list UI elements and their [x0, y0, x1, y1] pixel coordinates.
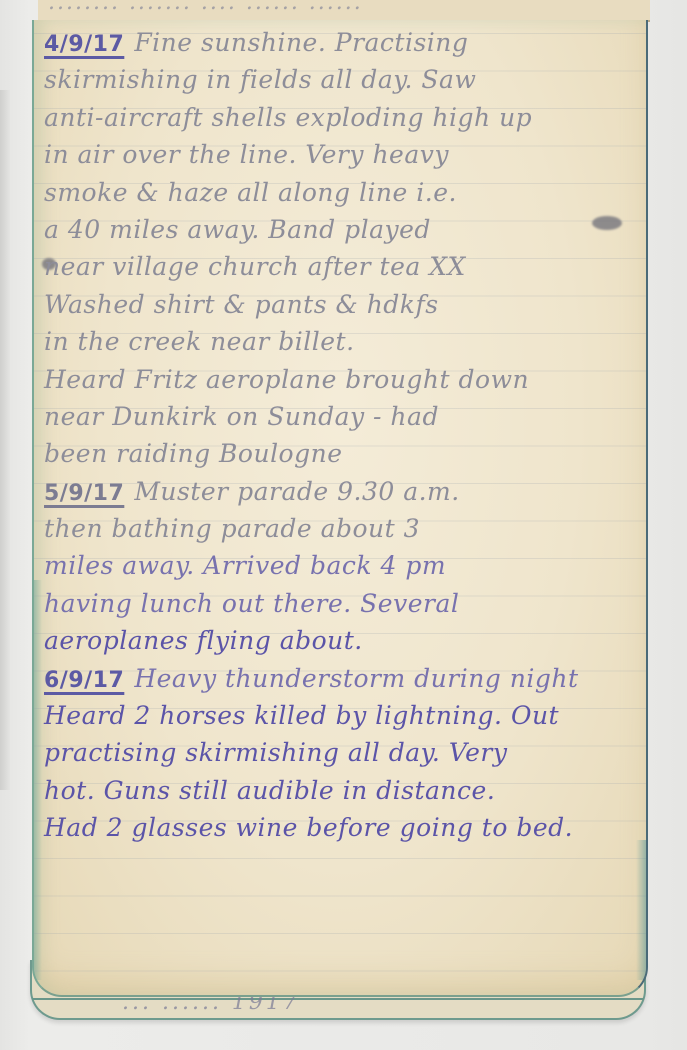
entry-1-line-2: skirmishing in fields all day. Saw: [44, 61, 640, 98]
entry-1-line-5: smoke & haze all along line i.e.: [44, 174, 640, 211]
entry-1-line-6: a 40 miles away. Band played: [44, 211, 640, 248]
entry-date-6-9-17: 6/9/17: [44, 668, 124, 693]
previous-page-edge: ........ ....... .... ...... ......: [38, 0, 650, 22]
entry-3-line-3: practising skirmishing all day. Very: [44, 734, 640, 771]
entry-1-line-1: 4/9/17Fine sunshine. Practising: [44, 24, 640, 61]
entry-date-4-9-17: 4/9/17: [44, 32, 124, 57]
entry-2-line-3: miles away. Arrived back 4 pm: [44, 547, 640, 584]
entry-3-line-4: hot. Guns still audible in distance.: [44, 772, 640, 809]
entry-1-line-7: near village church after tea XX: [44, 248, 640, 285]
previous-page-text: ........ ....... .... ...... ......: [48, 0, 363, 15]
entry-1-line-10: Heard Fritz aeroplane brought down: [44, 361, 640, 398]
entry-1-line-8: Washed shirt & pants & hdkfs: [44, 286, 640, 323]
entry-2-line-2: then bathing parade about 3: [44, 510, 640, 547]
entry-2-line-4: having lunch out there. Several: [44, 585, 640, 622]
diary-page: 4/9/17Fine sunshine. Practising skirmish…: [32, 20, 648, 997]
entry-1-line-4: in air over the line. Very heavy: [44, 136, 640, 173]
entry-1-line-12: been raiding Boulogne: [44, 435, 640, 472]
entry-3-line-2: Heard 2 horses killed by lightning. Out: [44, 697, 640, 734]
entry-3-line-5: Had 2 glasses wine before going to bed.: [44, 809, 640, 846]
entry-date-5-9-17: 5/9/17: [44, 481, 124, 506]
diary-text: 4/9/17Fine sunshine. Practising skirmish…: [44, 24, 640, 847]
photo-scene: ........ ....... .... ...... ...... ... …: [0, 0, 687, 1050]
entry-3-line-1: 6/9/17Heavy thunderstorm during night: [44, 660, 640, 697]
entry-1-line-3: anti-aircraft shells exploding high up: [44, 99, 640, 136]
spine-shadow: [0, 90, 10, 790]
entry-2-line-1: 5/9/17Muster parade 9.30 a.m.: [44, 473, 640, 510]
entry-2-line-5: aeroplanes flying about.: [44, 622, 640, 659]
entry-1-line-11: near Dunkirk on Sunday - had: [44, 398, 640, 435]
entry-1-line-9: in the creek near billet.: [44, 323, 640, 360]
